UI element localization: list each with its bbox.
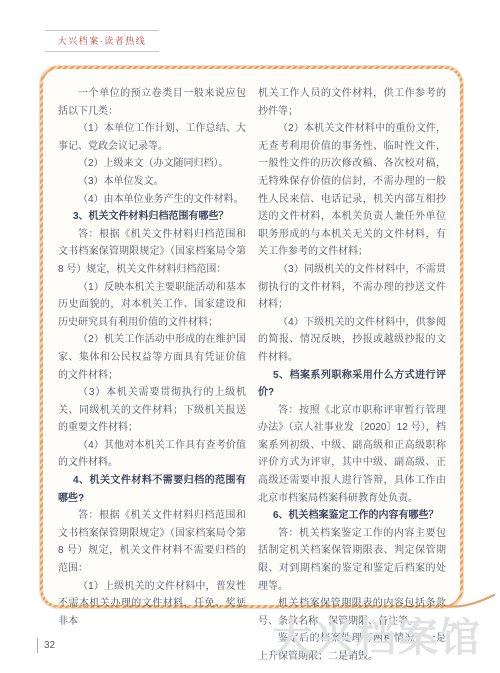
page-root: { "masthead": { "title": "大兴档案·读者热线" }, … [0,0,500,673]
paragraph: （3）同级机关的文件材料中，不需贯彻执行的文件材料，不需办理的抄送文件材料； [258,261,446,314]
content-frame-inner: 一个单位的预立卷类目一般来说应包括以下几类：（1）本单位工作计划、工作总结、大事… [43,69,460,605]
paragraph: 一个单位的预立卷类目一般来说应包括以下几类： [58,85,246,120]
paragraph: 答：根据《机关文件材料归档范围和文书档案保管期限规定》（国家档案局令第 8 号）… [58,226,246,279]
left-column: 一个单位的预立卷类目一般来说应包括以下几类：（1）本单位工作计划、工作总结、大事… [58,85,246,595]
paragraph: （2）上级来文（办文随同归档）。 [58,155,246,173]
paragraph: （4）由本单位业务产生的文件材料。 [58,191,246,209]
paragraph: （4）下级机关的文件材料中，供参阅的简报、情况反映，抄报或越级抄报的文件材料。 [258,314,446,367]
masthead-title: 大兴档案·读者热线 [45,31,159,51]
page-number: 32 [37,637,55,654]
paragraph: （4）其他对本机关工作具有查考价值的文件材料。 [58,437,246,472]
question-heading: 4、机关文件材料不需要归档的范围有哪些? [58,472,246,507]
masthead: 大兴档案·读者热线 [45,30,159,52]
watermark: 大兴档案馆 [272,606,482,663]
right-column: 机关工作人员的文件材料，供工作参考的抄件等；（2）本机关文件材料中的重份文件，无… [258,85,446,595]
paragraph: （3）本机关需要贯彻执行的上级机关、同级机关的文件材料；下级机关报送的重要文件材… [58,384,246,437]
content-frame: 一个单位的预立卷类目一般来说应包括以下几类：（1）本单位工作计划、工作总结、大事… [40,66,463,608]
question-heading: 5、档案系列职称采用什么方式进行评价? [258,367,446,402]
paragraph: （2）机关工作活动中形成的在维护国家、集体和公民权益等方面具有凭证价值的文件材料… [58,331,246,384]
question-heading: 6、机关档案鉴定工作的内容有哪些？ [258,507,446,525]
paragraph: （2）本机关文件材料中的重份文件，无查考利用价值的事务性、临时性文件，一般性文件… [258,120,446,261]
paragraph: （3）本单位发文。 [58,173,246,191]
page-number-value: 32 [44,640,55,651]
paragraph: 答：根据《机关文件材料归档范围和文书档案保管期限规定》（国家档案局令第 8 号）… [58,507,246,577]
paragraph: 机关工作人员的文件材料，供工作参考的抄件等； [258,85,446,120]
paragraph: （1）本单位工作计划、工作总结、大事记、党政会议记录等。 [58,120,246,155]
question-heading: 3、机关文件材料归档范围有哪些？ [58,208,246,226]
page-number-divider [37,638,38,653]
masthead-rule-bottom [45,51,159,52]
paragraph: （1）上级机关的文件材料中，普发性不需本机关办理的文件材料，任免、奖惩非本 [58,578,246,631]
paragraph: （1）反映本机关主要职能活动和基本历史面貌的，对本机关工作、国家建设和历史研究具… [58,279,246,332]
paragraph: 答：按照《北京市职称评审暂行管理办法》（京人社事业发〔2020〕12 号），档案… [258,402,446,508]
paragraph: 答：机关档案鉴定工作的内容主要包括制定机关档案保管期限表、判定保管期限、对到期档… [258,525,446,595]
